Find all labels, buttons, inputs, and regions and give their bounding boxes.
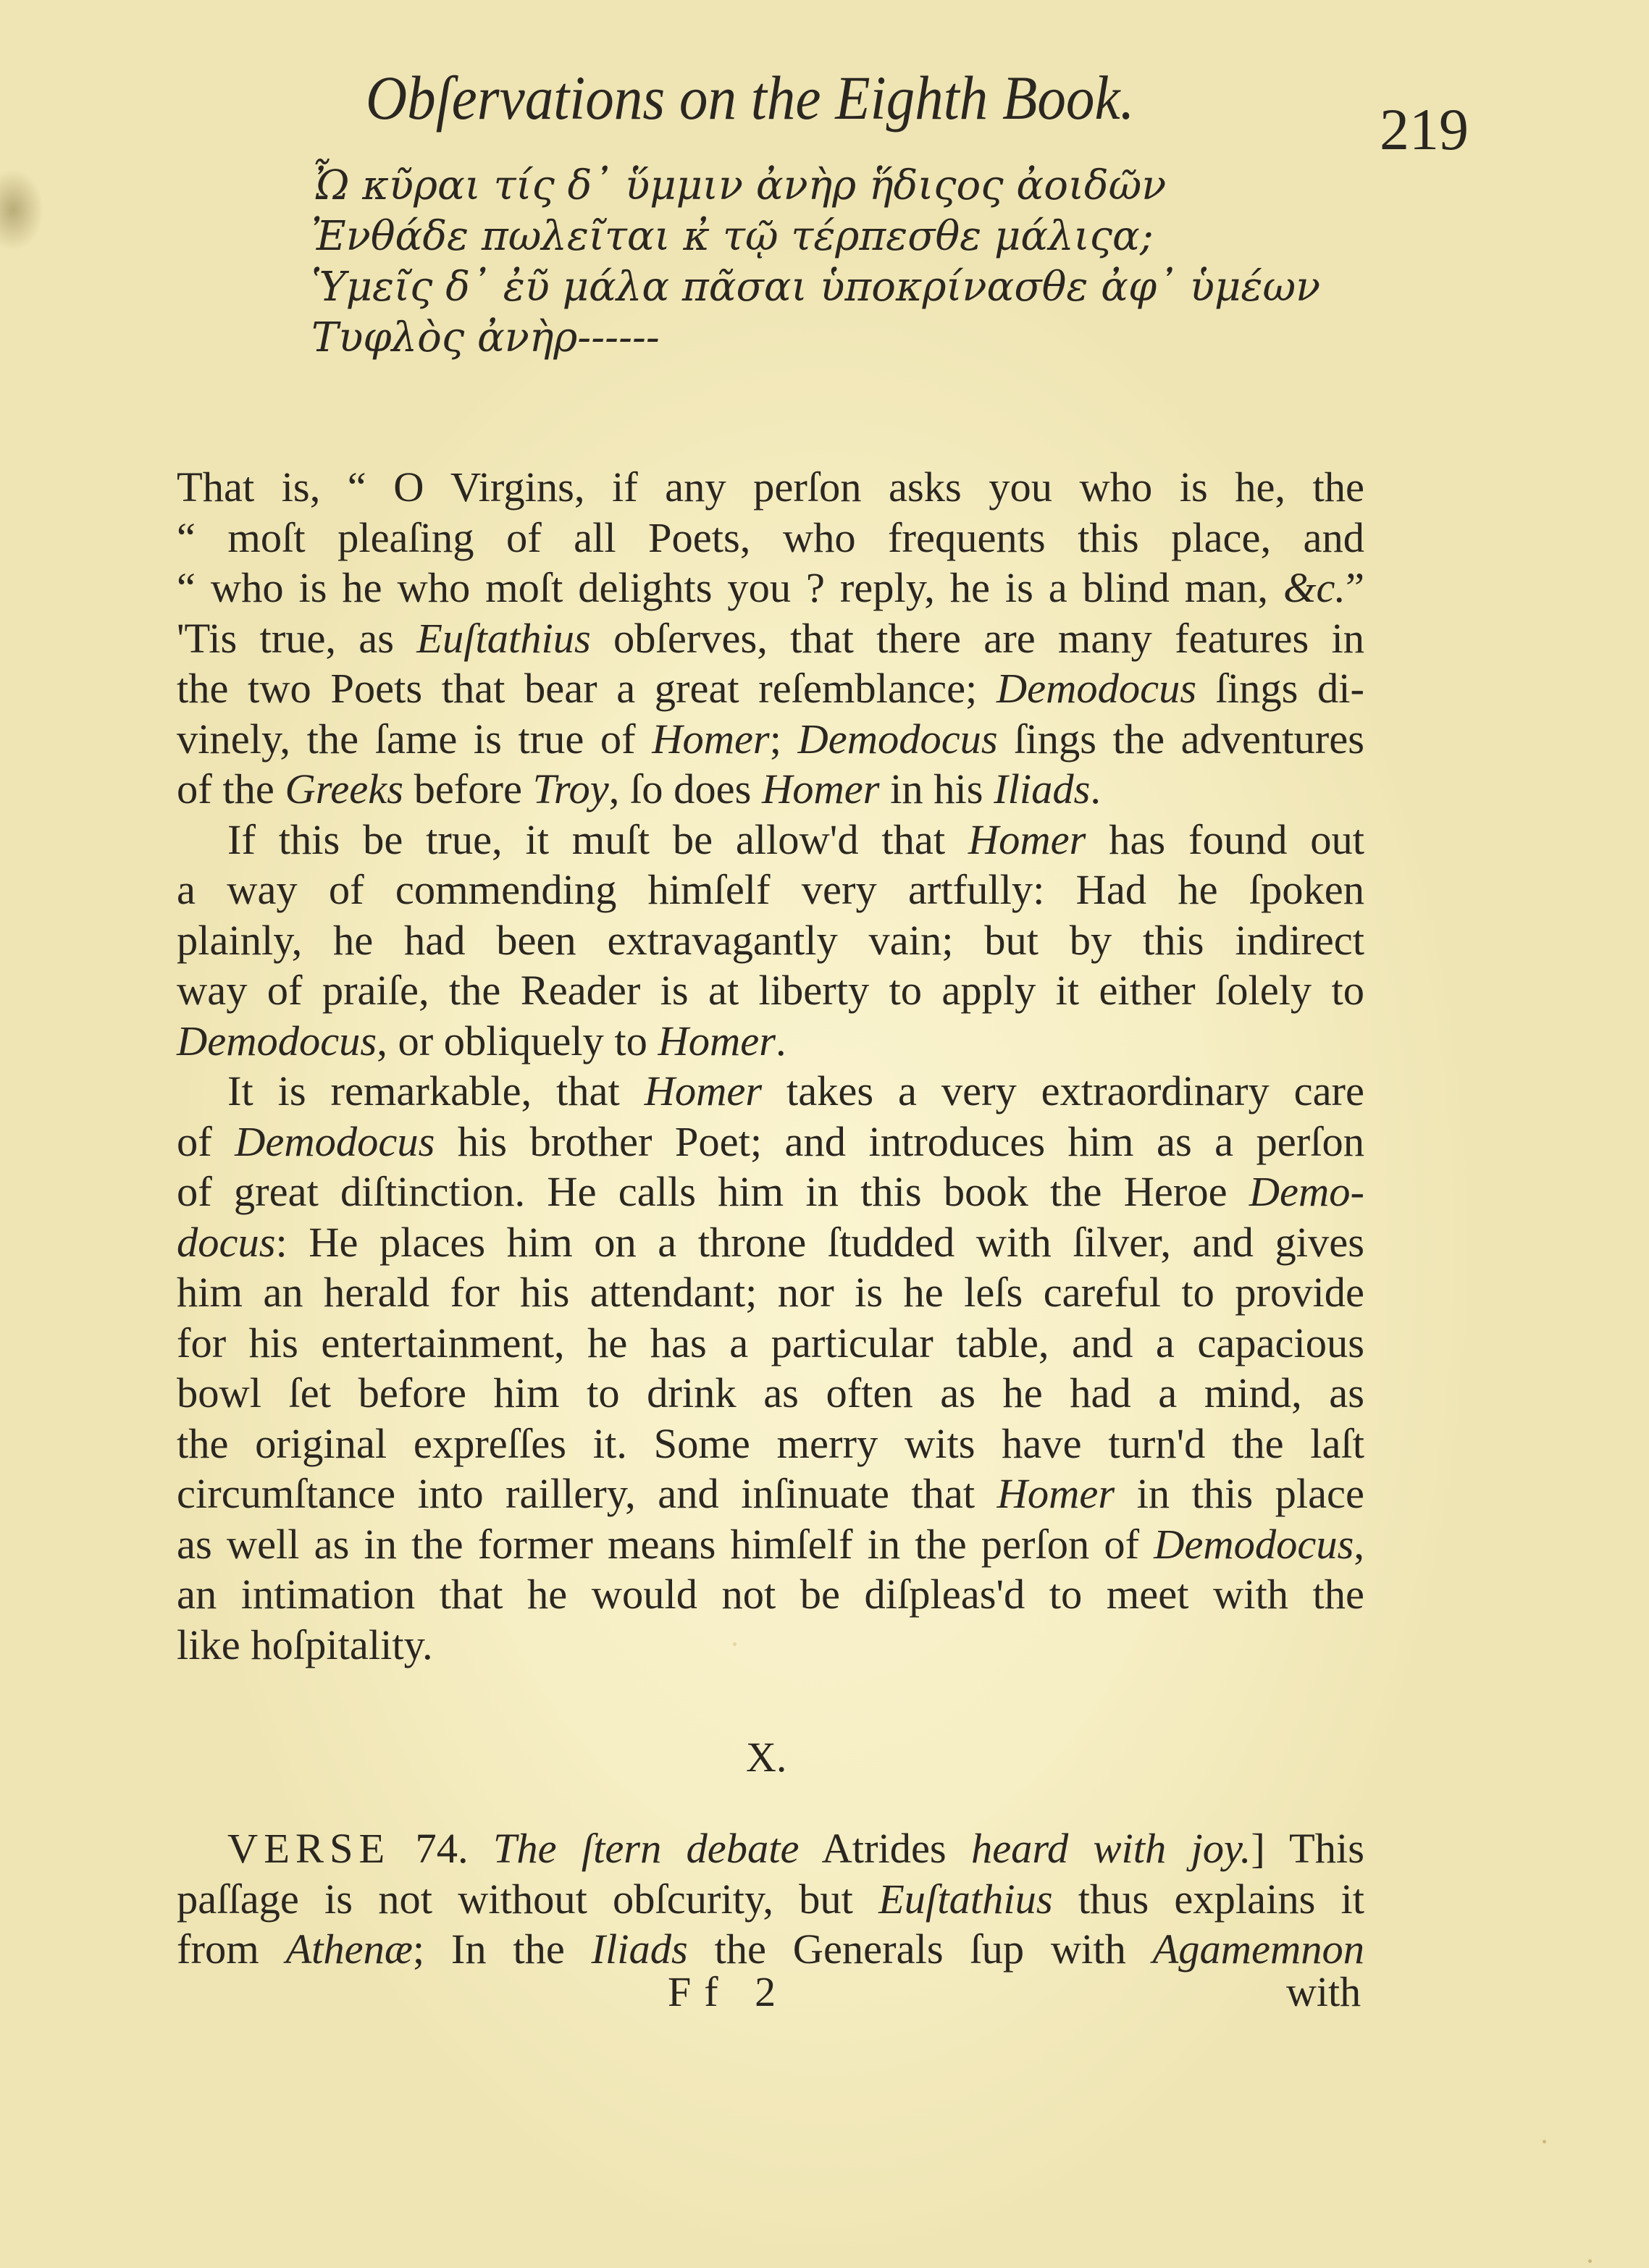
roman-text: vinely, the ſame is true of [177,715,652,763]
text-line: of Demodocus his brother Poet; and intro… [177,1117,1364,1167]
italic-text: Demodocus [1154,1521,1354,1568]
roman-text: ” [1346,564,1364,611]
text-line: paſſage is not without obſcurity, but Eu… [177,1874,1364,1925]
text-line: circumſtance into raillery, and inſinuat… [177,1469,1364,1519]
italic-text: Homer [997,1470,1115,1517]
text-line: an intimation that he would not be diſpl… [177,1569,1364,1620]
text-line: of great diſtinction. He calls him in th… [177,1167,1364,1217]
text-line: a way of commending himſelf very artfull… [177,865,1364,915]
text-line: That is, “ O Virgins, if any perſon asks… [177,462,1364,513]
greek-line: Ἐνθάδε πωλεῖται κ̓ τῷ τέρπεσθε μάλιςα; [311,211,1398,262]
roman-text: , [1354,1521,1364,1568]
roman-text: thus explains it [1053,1876,1364,1923]
italic-text: Homer [658,1017,776,1064]
book-page: Obſervations on the Eighth Book. 219 Ὦ κ… [0,0,1649,2268]
italic-text: Demodocus [798,715,998,763]
roman-text: : He places him on a throne ſtudded with… [275,1219,1364,1266]
greek-quotation: Ὦ κῦραι τίς δ᾽ ὕμμιν ἀνὴρ ἥδιςος ἀοιδῶν … [311,161,1398,364]
roman-text: Atrides [799,1825,970,1872]
text-line: like hoſpitality. [177,1620,1364,1671]
roman-text: . [776,1017,786,1064]
roman-text: takes a very extraordinary care [762,1067,1364,1114]
roman-text: has found out [1086,816,1364,863]
roman-text: way of praiſe, the Reader is at liberty … [177,967,1364,1014]
paper-speck [1588,2259,1592,2263]
italic-text: Homer [652,715,769,763]
roman-text: It is remarkable, that [227,1067,645,1114]
roman-text: ] This [1251,1825,1364,1872]
text-line: from Athenæ; In the Iliads the Generals … [177,1924,1364,1975]
roman-text: an intimation that he would not be diſpl… [177,1571,1364,1618]
roman-text: ; [770,715,798,763]
roman-text: ſings di- [1196,665,1364,712]
catchword: with [1286,1971,1361,2013]
text-line: the original expreſſes it. Some merry wi… [177,1419,1364,1469]
text-line: It is remarkable, that Homer takes a ver… [177,1066,1364,1117]
greek-line: Τυφλὸς ἀνὴρ------ [311,313,1398,364]
roman-text: ſings the adventures [998,715,1364,763]
italic-text: Agamemnon [1153,1925,1364,1973]
italic-text: heard with joy. [971,1825,1251,1872]
roman-text: If this be true, it muſt be allow'd that [227,816,968,863]
roman-text: That is, “ O Virgins, if any perſon asks… [177,463,1364,511]
text-line: of the Greeks before Troy, ſo does Homer… [177,764,1364,815]
text-line: bowl ſet before him to drink as often as… [177,1368,1364,1419]
italic-text: Homer [645,1067,762,1114]
italic-text: Demo- [1249,1168,1364,1215]
section-numeral: X. [746,1736,786,1778]
signature-mark: Ff 2 [668,1971,789,2013]
italic-text: Demodocus [235,1118,435,1165]
roman-text: 74. [390,1825,493,1872]
roman-text: his brother Poet; and introduces him as … [435,1118,1364,1165]
italic-text: Homer [762,765,879,812]
roman-text: of great diſtinction. He calls him in th… [177,1168,1249,1215]
roman-text: in this place [1115,1470,1364,1517]
text-line: him an herald for his attendant; nor is … [177,1267,1364,1318]
roman-text: paſſage is not without obſcurity, but [177,1876,878,1923]
roman-text: “ moſt pleaſing of all Poets, who freque… [177,514,1364,561]
body-text: That is, “ O Virgins, if any perſon asks… [177,462,1364,1670]
italic-text: Iliads [592,1925,688,1973]
verse-note: VERSE 74. The ſtern debate Atrides heard… [177,1823,1364,1975]
roman-text: of the [177,765,285,812]
roman-text: in his [879,765,994,812]
text-line: Demodocus, or obliquely to Homer. [177,1016,1364,1067]
roman-text: from [177,1925,285,1973]
italic-text: &c. [1283,564,1346,611]
text-line: “ moſt pleaſing of all Poets, who freque… [177,513,1364,563]
roman-text: of [177,1118,235,1165]
roman-text: the Generals ſup with [688,1925,1153,1973]
page-number: 219 [1380,100,1469,159]
roman-text: him an herald for his attendant; nor is … [177,1269,1364,1316]
text-line: way of praiſe, the Reader is at liberty … [177,965,1364,1016]
roman-text: a way of commending himſelf very artfull… [177,866,1364,913]
text-line: vinely, the ſame is true of Homer; Demod… [177,714,1364,765]
text-line: for his entertainment, he has a particul… [177,1318,1364,1369]
roman-text: bowl ſet before him to drink as often as… [177,1369,1364,1416]
text-line: “ who is he who moſt delights you ? repl… [177,563,1364,613]
roman-text: 'Tis true, as [177,615,416,662]
italic-text: Demodocus [177,1017,377,1064]
text-line: the two Poets that bear a great reſembla… [177,663,1364,714]
roman-text: circumſtance into raillery, and inſinuat… [177,1470,997,1517]
italic-text: Troy [533,765,609,812]
running-title: Obſervations on the Eighth Book. [366,67,1134,129]
roman-text: like hoſpitality. [177,1621,433,1668]
paper-speck [1543,2140,1546,2143]
roman-text: the two Poets that bear a great reſembla… [177,665,996,712]
italic-text: Greeks [285,765,403,812]
italic-text: docus [177,1219,275,1266]
italic-text: Euſtathius [416,615,591,662]
roman-text: ; In the [413,1925,592,1973]
roman-text: as well as in the former means himſelf i… [177,1521,1154,1568]
text-line: plainly, he had been extravagantly vain;… [177,915,1364,966]
italic-text: Homer [968,816,1086,863]
roman-text: VERSE [227,1825,390,1872]
roman-text: for his entertainment, he has a particul… [177,1319,1364,1366]
roman-text: the original expreſſes it. Some merry wi… [177,1420,1364,1467]
roman-text: , ſo does [609,765,762,812]
roman-text: before [403,765,533,812]
italic-text: Athenæ [285,1925,412,1973]
text-line: If this be true, it muſt be allow'd that… [177,815,1364,865]
roman-text: . [1090,765,1101,812]
italic-text: Euſtathius [878,1876,1053,1923]
text-line: 'Tis true, as Euſtathius obſerves, that … [177,613,1364,664]
text-line: as well as in the former means himſelf i… [177,1519,1364,1570]
italic-text: Iliads [994,765,1090,812]
italic-text: Demodocus [996,665,1196,712]
italic-text: The ſtern debate [493,1825,800,1872]
roman-text: plainly, he had been extravagantly vain;… [177,917,1364,964]
roman-text: obſerves, that there are many features i… [591,615,1364,662]
roman-text: “ who is he who moſt delights you ? repl… [177,564,1283,611]
greek-line: Ὑμεῖς δ᾽ ἐῦ μάλα πᾶσαι ὑποκρίνασθε ἀφ᾽ ὑ… [311,262,1398,313]
roman-text: , or obliquely to [377,1017,658,1064]
paper-speck [733,1642,737,1646]
text-line: VERSE 74. The ſtern debate Atrides heard… [177,1823,1364,1874]
text-line: docus: He places him on a throne ſtudded… [177,1217,1364,1268]
greek-line: Ὦ κῦραι τίς δ᾽ ὕμμιν ἀνὴρ ἥδιςος ἀοιδῶν [311,161,1398,211]
